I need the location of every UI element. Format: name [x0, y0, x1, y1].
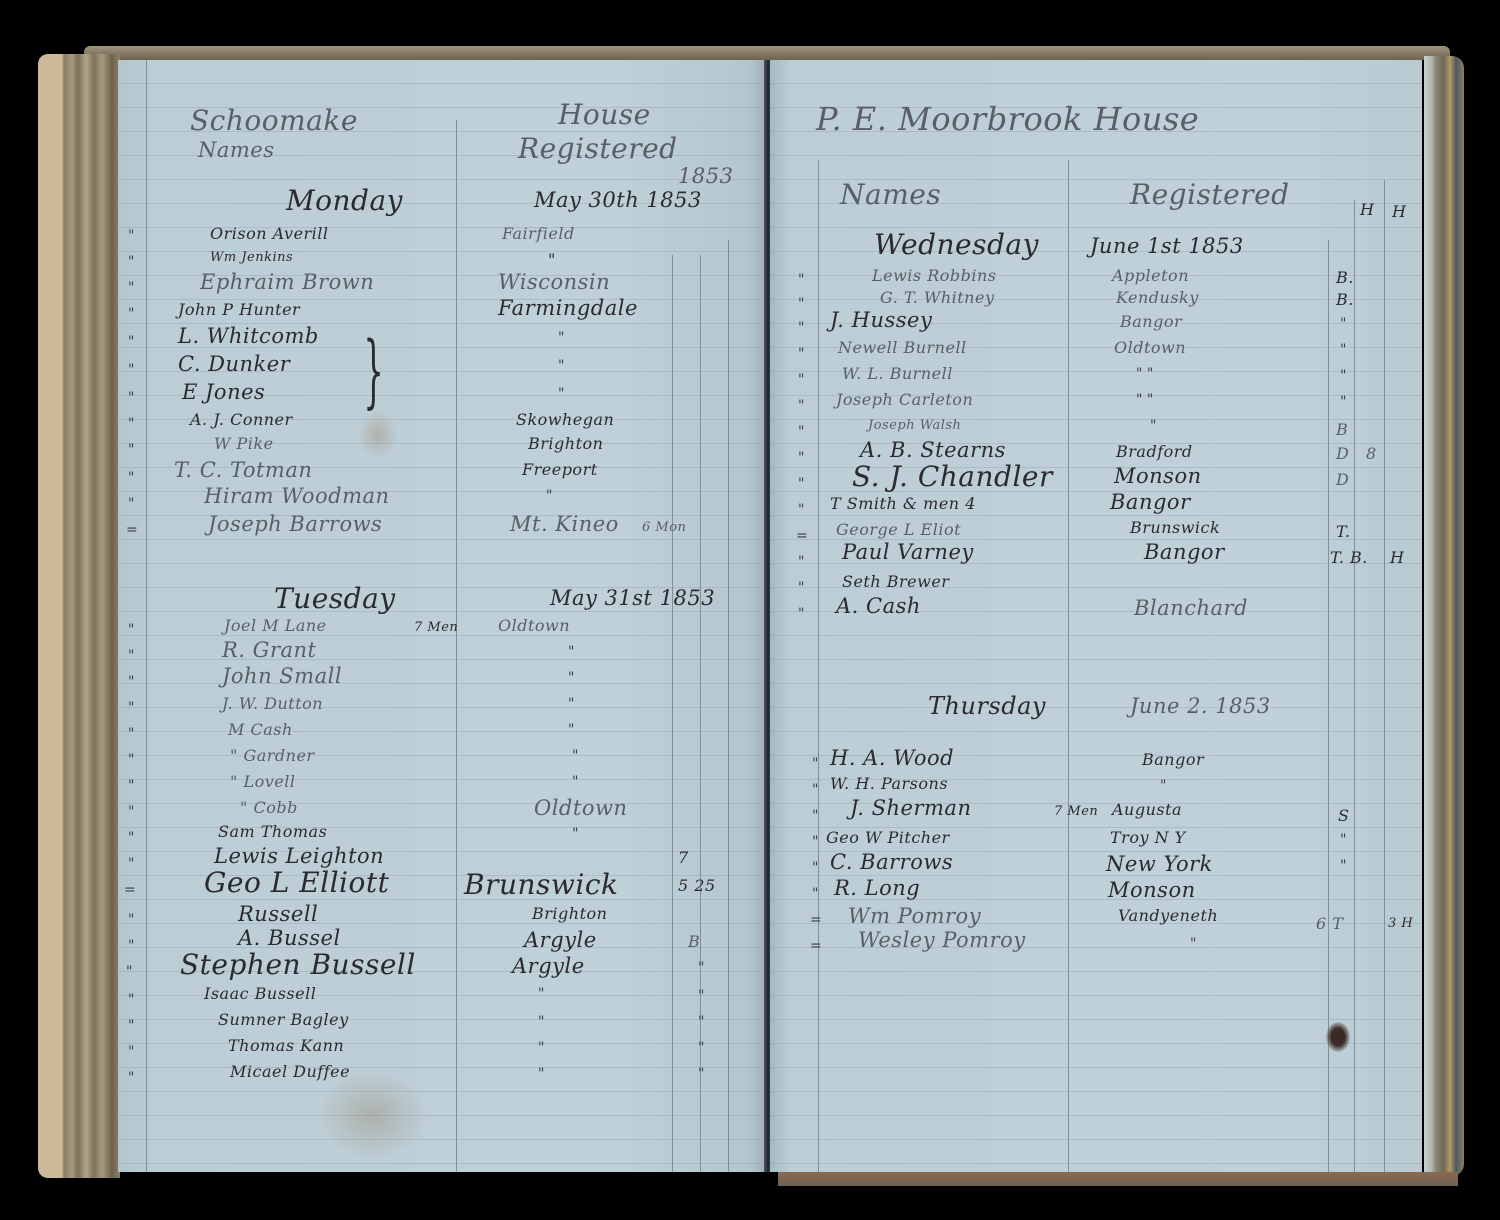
registered-column-header: Registered [1130, 178, 1290, 211]
guest-name: Ephraim Brown [200, 270, 374, 294]
guest-place: Farmingdale [498, 296, 638, 320]
guest-name: John P Hunter [178, 300, 300, 319]
guest-place: Bangor [1144, 540, 1225, 564]
guest-place: " [1190, 936, 1196, 952]
room-column-value: " [1340, 342, 1346, 358]
guest-place: " [538, 1066, 544, 1082]
day-date: May 30th 1853 [534, 188, 702, 212]
ditto-mark: " [128, 1070, 134, 1086]
guest-name: L. Whitcomb [178, 324, 319, 348]
guest-name: W Pike [214, 434, 274, 453]
guest-place: " [572, 826, 578, 842]
ditto-mark: " [128, 228, 134, 244]
ditto-mark: = [796, 528, 808, 544]
ditto-mark: " [128, 362, 134, 378]
ditto-mark: " [128, 992, 134, 1008]
day-date: May 31st 1853 [550, 586, 715, 610]
left-page: Schoomake Names House Registered 1853 Mo… [118, 60, 766, 1172]
guest-name: J. Hussey [830, 308, 932, 332]
guest-name: John Small [222, 664, 342, 688]
ditto-mark: " [798, 346, 804, 362]
room-column-value: " [1340, 832, 1346, 848]
entry-note: 7 Men [414, 620, 458, 635]
column-divider [1354, 200, 1355, 1172]
guest-place: " [558, 358, 564, 374]
ditto-mark: " [128, 674, 134, 690]
guest-place: " [538, 986, 544, 1002]
guest-name: C. Barrows [830, 850, 953, 874]
guest-name: Sumner Bagley [218, 1010, 349, 1029]
ditto-mark: " [128, 496, 134, 512]
guest-place: Monson [1114, 464, 1202, 488]
room-column-value: B. [1336, 268, 1354, 287]
guest-name: Sam Thomas [218, 822, 327, 841]
guest-name: Joseph Barrows [208, 512, 382, 536]
ditto-mark: " [798, 372, 804, 388]
guest-name: Isaac Bussell [204, 984, 316, 1003]
guest-name: " Cobb [240, 798, 298, 817]
guest-name: T. C. Totman [174, 458, 312, 482]
guest-place: " [546, 488, 552, 504]
rate-column-value: " [698, 1040, 704, 1056]
guest-name: Joseph Carleton [836, 390, 973, 409]
guest-place: Argyle [512, 954, 585, 978]
open-ledger-book: Schoomake Names House Registered 1853 Mo… [38, 46, 1464, 1186]
guest-place: Troy N Y [1110, 828, 1186, 847]
ditto-mark: " [812, 860, 818, 876]
guest-name: Lewis Leighton [214, 844, 384, 868]
ditto-mark: " [798, 476, 804, 492]
guest-place: " [538, 1014, 544, 1030]
column-header-h: H [1392, 202, 1406, 221]
guest-name: Paul Varney [842, 540, 974, 564]
day-date: June 2. 1853 [1130, 694, 1271, 718]
guest-place: Bradford [1116, 442, 1193, 461]
ditto-mark: " [128, 778, 134, 794]
guest-place: " [572, 774, 578, 790]
rate-column-value: " [698, 988, 704, 1004]
guest-place: Brunswick [464, 868, 618, 901]
guest-name: A. Bussel [238, 926, 341, 950]
guest-place: Monson [1108, 878, 1196, 902]
guest-name: Joseph Walsh [868, 418, 961, 433]
guest-name: W. L. Burnell [842, 364, 953, 383]
guest-place: New York [1106, 852, 1213, 876]
ditto-mark: " [812, 886, 818, 902]
ditto-mark: " [798, 554, 804, 570]
guest-name: T Smith & men 4 [830, 494, 976, 513]
guest-place: Argyle [524, 928, 597, 952]
guest-name: Newell Burnell [838, 338, 967, 357]
room-column-value: B. [1336, 290, 1354, 309]
ink-blot [1326, 1022, 1350, 1052]
room-column-value: T. B. [1330, 548, 1368, 567]
guest-place: Bangor [1142, 750, 1204, 769]
room-column-value: 6 T [1316, 914, 1343, 933]
guest-place: Appleton [1112, 266, 1189, 285]
rate-column-value: B [688, 932, 700, 951]
ditto-mark: " [798, 272, 804, 288]
room-column-value: T. [1336, 522, 1350, 541]
guest-place: " [568, 670, 574, 686]
room-column-value: " [1340, 858, 1346, 874]
left-page-edges [38, 54, 120, 1178]
day-heading: Tuesday [274, 582, 396, 615]
ditto-mark: " [798, 502, 804, 518]
column-divider [456, 120, 457, 1172]
room-column-value: " [1340, 368, 1346, 384]
guest-place: " [558, 330, 564, 346]
ditto-mark: " [812, 756, 818, 772]
guest-name: S. J. Chandler [852, 460, 1053, 493]
room-column-value: " [1340, 316, 1346, 332]
ditto-mark: " [128, 938, 134, 954]
ditto-mark: " [128, 442, 134, 458]
ditto-mark: " [128, 1044, 134, 1060]
ditto-mark: " [128, 912, 134, 928]
ditto-mark: " [128, 804, 134, 820]
day-heading: Thursday [928, 692, 1046, 720]
rate-column-value: " [698, 960, 704, 976]
entry-note: 7 Men [1054, 804, 1098, 819]
hotel-name-heading: P. E. Moorbrook House [816, 100, 1199, 138]
guest-name: J. Sherman [850, 796, 971, 820]
column-divider [672, 255, 673, 1172]
guest-place: " " [1136, 392, 1153, 408]
guest-place: Wisconsin [498, 270, 610, 294]
rate-column-value: " [698, 1014, 704, 1030]
water-stain [358, 410, 398, 460]
rate-column-value: 7 [678, 848, 689, 867]
room-column-value: " [1340, 394, 1346, 410]
rate-column-value: 8 [1366, 444, 1377, 463]
ditto-mark: " [128, 390, 134, 406]
names-column-header: Names [198, 138, 275, 162]
day-heading: Wednesday [874, 228, 1039, 261]
guest-place: Brighton [532, 904, 607, 923]
ditto-mark: " [128, 470, 134, 486]
names-column-header: Names [840, 178, 941, 211]
ditto-mark: " [128, 280, 134, 296]
guest-place: Augusta [1112, 800, 1182, 819]
day-date: June 1st 1853 [1090, 234, 1244, 258]
ditto-mark: " [126, 964, 132, 980]
guest-place: " [568, 644, 574, 660]
guest-name: A. Cash [836, 594, 921, 618]
ditto-mark: " [128, 306, 134, 322]
guest-name: Wm Jenkins [210, 250, 293, 265]
ditto-mark: " [128, 416, 134, 432]
margin-line [818, 160, 819, 1172]
house-heading: House [558, 98, 651, 131]
guest-name: R. Grant [222, 638, 316, 662]
day-heading: Monday [286, 184, 403, 217]
guest-name: E Jones [182, 380, 265, 404]
water-stain [318, 1070, 428, 1160]
marbled-right-edge [1424, 56, 1464, 1176]
ditto-mark: " [128, 752, 134, 768]
guest-name: Stephen Bussell [180, 948, 416, 981]
guest-name: R. Long [834, 876, 920, 900]
guest-place: Oldtown [534, 796, 627, 820]
ditto-mark: " [812, 782, 818, 798]
guest-name: A. B. Stearns [860, 438, 1006, 462]
ditto-mark: " [798, 606, 804, 622]
ditto-mark: " [128, 700, 134, 716]
guest-place: Freeport [522, 460, 598, 479]
ditto-mark: " [128, 334, 134, 350]
ditto-mark: " [812, 834, 818, 850]
column-divider [728, 240, 729, 1172]
guest-place: " [568, 722, 574, 738]
guest-name: Lewis Robbins [872, 266, 997, 285]
ditto-mark: " [798, 296, 804, 312]
guest-place: " " [1136, 366, 1153, 382]
room-column-value: D [1336, 444, 1349, 463]
ditto-mark: " [798, 580, 804, 596]
bracket: } [363, 324, 384, 417]
guest-name: Seth Brewer [842, 572, 949, 591]
ditto-mark: " [128, 1018, 134, 1034]
guest-place: Brighton [528, 434, 603, 453]
ditto-mark: = [810, 912, 822, 928]
guest-place: Mt. Kineo [510, 512, 619, 536]
ditto-mark: " [128, 726, 134, 742]
registered-column-header: Registered [518, 132, 678, 165]
guest-name: G. T. Whitney [880, 288, 994, 307]
year-heading: 1853 [678, 164, 733, 188]
guest-place: Vandyeneth [1118, 906, 1218, 925]
room-column-value: B [1336, 420, 1348, 439]
ditto-mark: " [128, 622, 134, 638]
guest-name: M Cash [228, 720, 293, 739]
rate-column-value: " [698, 1066, 704, 1082]
page-heading: Schoomake [190, 104, 358, 137]
guest-place: " [558, 386, 564, 402]
guest-place: " [568, 696, 574, 712]
margin-line [146, 60, 147, 1172]
guest-name: A. J. Conner [190, 410, 293, 429]
column-header-h: H [1360, 200, 1374, 219]
guest-name: Geo W Pitcher [826, 828, 950, 847]
guest-place: " [1160, 778, 1166, 794]
ditto-mark: " [798, 398, 804, 414]
guest-name: George L Eliot [836, 520, 961, 539]
ditto-mark: = [810, 938, 822, 954]
guest-place: Oldtown [1114, 338, 1186, 357]
guest-name: " Lovell [230, 772, 295, 791]
book-top-edge [84, 46, 1450, 60]
ditto-mark: " [798, 424, 804, 440]
guest-place: " [1150, 418, 1156, 434]
guest-place: Brunswick [1130, 518, 1220, 537]
ditto-mark: " [128, 254, 134, 270]
ditto-mark: " [798, 450, 804, 466]
column-divider [1384, 180, 1385, 1172]
guest-place: " [572, 748, 578, 764]
guest-place: " [538, 1040, 544, 1056]
column-divider [1068, 160, 1069, 1172]
ditto-mark: " [128, 856, 134, 872]
room-column-value: S [1338, 806, 1349, 825]
guest-place: Bangor [1120, 312, 1182, 331]
guest-name: H. A. Wood [830, 746, 954, 770]
rate-column-value: H [1390, 548, 1404, 567]
guest-name: Russell [238, 902, 318, 926]
guest-name: C. Dunker [178, 352, 290, 376]
guest-name: Micael Duffee [230, 1062, 350, 1081]
guest-place: Fairfield [502, 224, 575, 243]
column-divider [700, 255, 701, 1172]
ditto-mark: " [128, 830, 134, 846]
guest-place: Blanchard [1134, 596, 1248, 620]
guest-name: Thomas Kann [228, 1036, 344, 1055]
guest-place: Skowhegan [516, 410, 614, 429]
guest-place: Kendusky [1116, 288, 1199, 307]
guest-name: " Gardner [230, 746, 315, 765]
guest-place: " [548, 250, 556, 269]
guest-name: Joel M Lane [224, 616, 327, 635]
room-column-value: D [1336, 470, 1349, 489]
entry-note: 6 Mon [642, 520, 686, 535]
guest-name: Geo L Elliott [204, 866, 389, 899]
guest-name: Wm Pomroy [848, 904, 981, 928]
guest-place: Oldtown [498, 616, 570, 635]
guest-name: J. W. Dutton [222, 694, 323, 713]
rate-column-value: 5 25 [678, 876, 716, 895]
ditto-mark: = [124, 882, 136, 898]
guest-name: Hiram Woodman [204, 484, 390, 508]
ditto-mark: = [126, 522, 138, 538]
guest-name: W. H. Parsons [830, 774, 948, 793]
guest-place: Bangor [1110, 490, 1191, 514]
book-bottom-edge [778, 1172, 1458, 1186]
ditto-mark: " [798, 320, 804, 336]
right-page: P. E. Moorbrook House Names Registered H… [770, 60, 1422, 1172]
ditto-mark: " [128, 648, 134, 664]
guest-name: Orison Averill [210, 224, 329, 243]
rate-column-value: 3 H [1388, 916, 1413, 931]
guest-name: Wesley Pomroy [858, 928, 1026, 952]
ditto-mark: " [812, 808, 818, 824]
